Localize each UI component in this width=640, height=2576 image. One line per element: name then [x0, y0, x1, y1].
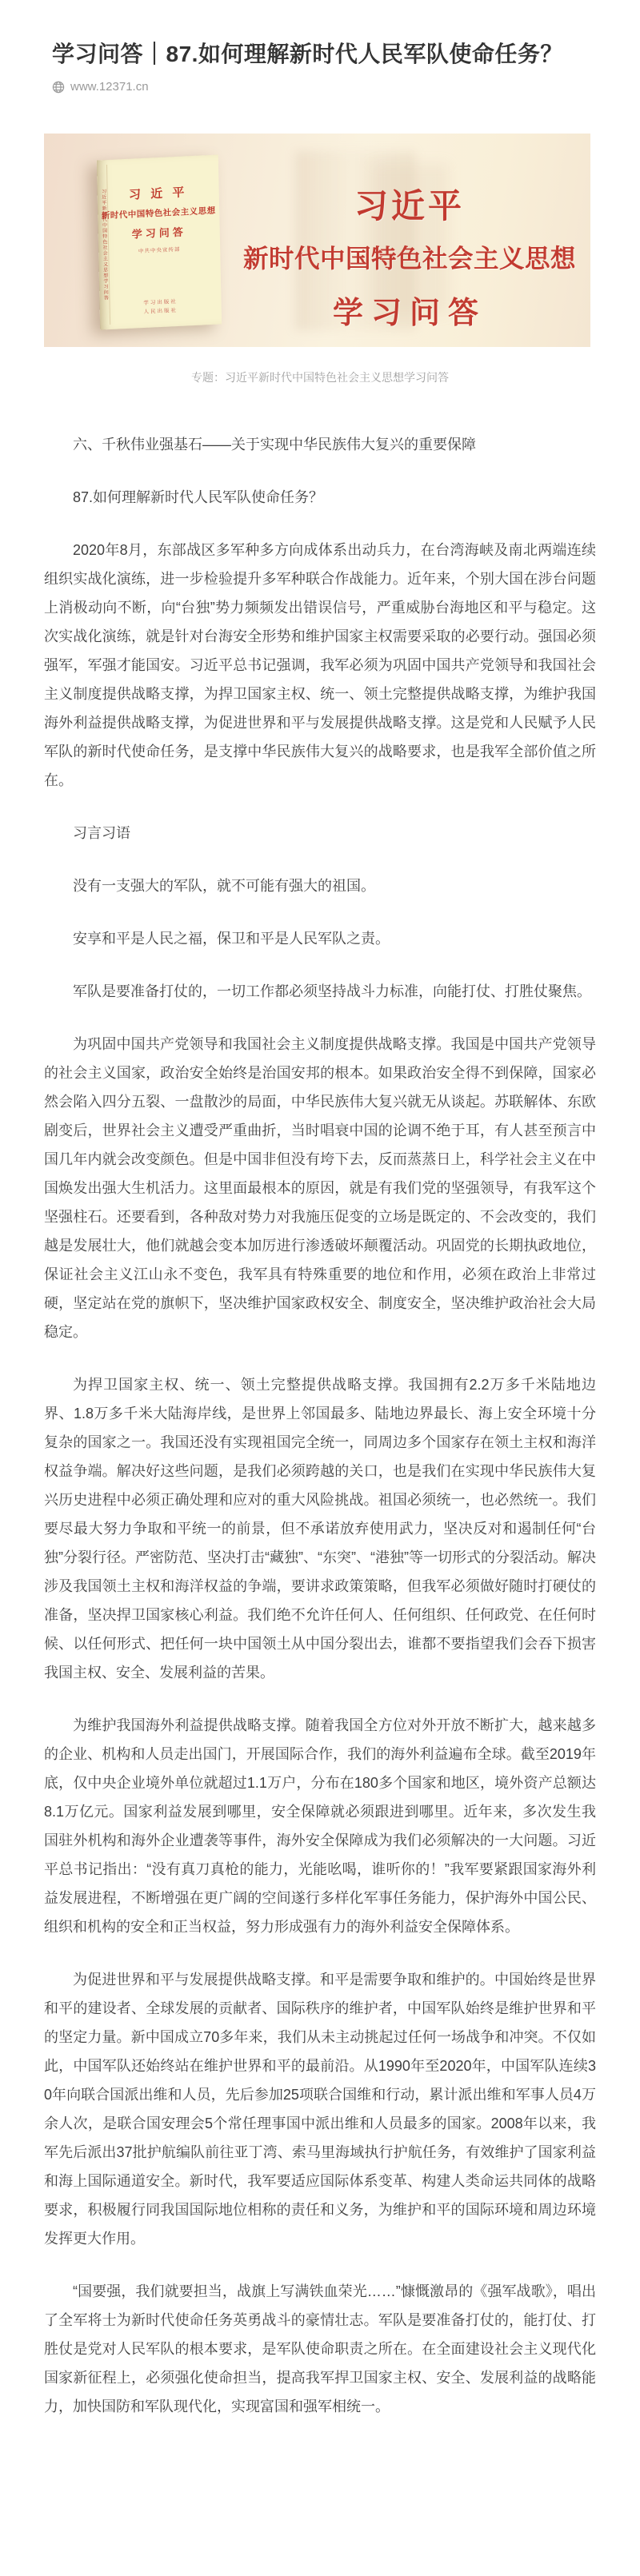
paragraph: 六、千秋伟业强基石——关于实现中华民族伟大复兴的重要保障	[44, 430, 596, 459]
paragraph: 没有一支强大的军队，就不可能有强大的祖国。	[44, 871, 596, 900]
paragraph: 为维护我国海外利益提供战略支撑。随着我国全方位对外开放不断扩大，越来越多的企业、…	[44, 1711, 596, 1941]
paragraph: 2020年8月，东部战区多军种多方向成体系出动兵力，在台湾海峡及南北两端连续组织…	[44, 536, 596, 795]
paragraph: 87.如何理解新时代人民军队使命任务？	[44, 483, 596, 512]
book-title-line1: 习 近 平	[98, 182, 219, 205]
book-cover: 习近平新时代中国特色社会主义思想学习问答 习 近 平 新时代中国特色社会主义思想…	[97, 155, 222, 330]
hero-headline-line1: 习近平	[234, 180, 586, 228]
book-title-line2: 新时代中国特色社会主义思想	[98, 205, 219, 222]
article-body: 六、千秋伟业强基石——关于实现中华民族伟大复兴的重要保障87.如何理解新时代人民…	[44, 430, 596, 2421]
book-publisher: 学习出版社 人民出版社	[100, 296, 222, 319]
paragraph: 习言习语	[44, 819, 596, 847]
paragraph: 为巩固中国共产党领导和我国社会主义制度提供战略支撑。我国是中国共产党领导的社会主…	[44, 1030, 596, 1346]
hero-headline: 习近平 新时代中国特色社会主义思想 学习问答	[234, 180, 586, 332]
hero-headline-line2: 新时代中国特色社会主义思想	[234, 239, 586, 275]
paragraph: 军队是要准备打仗的，一切工作都必须坚持战斗力标准，向能打仗、打胜仗聚焦。	[44, 977, 596, 1006]
paragraph: 为促进世界和平与发展提供战略支撑。和平是需要争取和维护的。中国始终是世界和平的建…	[44, 1965, 596, 2253]
paragraph: “国要强，我们就要担当，战旗上写满铁血荣光……”慷慨激昂的《强军战歌》，唱出了全…	[44, 2277, 596, 2421]
hero-banner-image: 习近平新时代中国特色社会主义思想学习问答 习 近 平 新时代中国特色社会主义思想…	[44, 134, 590, 347]
hero-headline-line3: 学习问答	[234, 288, 586, 332]
page-title: 学习问答｜87.如何理解新时代人民军队使命任务？	[44, 40, 596, 69]
paragraph: 为捍卫国家主权、统一、领土完整提供战略支撑。我国拥有2.2万多千米陆地边界、1.…	[44, 1370, 596, 1687]
source-row: www.12371.cn	[44, 80, 596, 94]
article-page: 学习问答｜87.如何理解新时代人民军队使命任务？ www.12371.cn 习近…	[0, 0, 640, 2576]
globe-icon	[52, 81, 65, 94]
paragraph: 安享和平是人民之福，保卫和平是人民军队之责。	[44, 924, 596, 953]
image-caption: 专题：习近平新时代中国特色社会主义思想学习问答	[44, 369, 596, 385]
book-title-line3: 学习问答	[98, 222, 220, 243]
source-url[interactable]: www.12371.cn	[70, 80, 149, 94]
book-editor: 中共中央宣传部	[98, 244, 220, 257]
